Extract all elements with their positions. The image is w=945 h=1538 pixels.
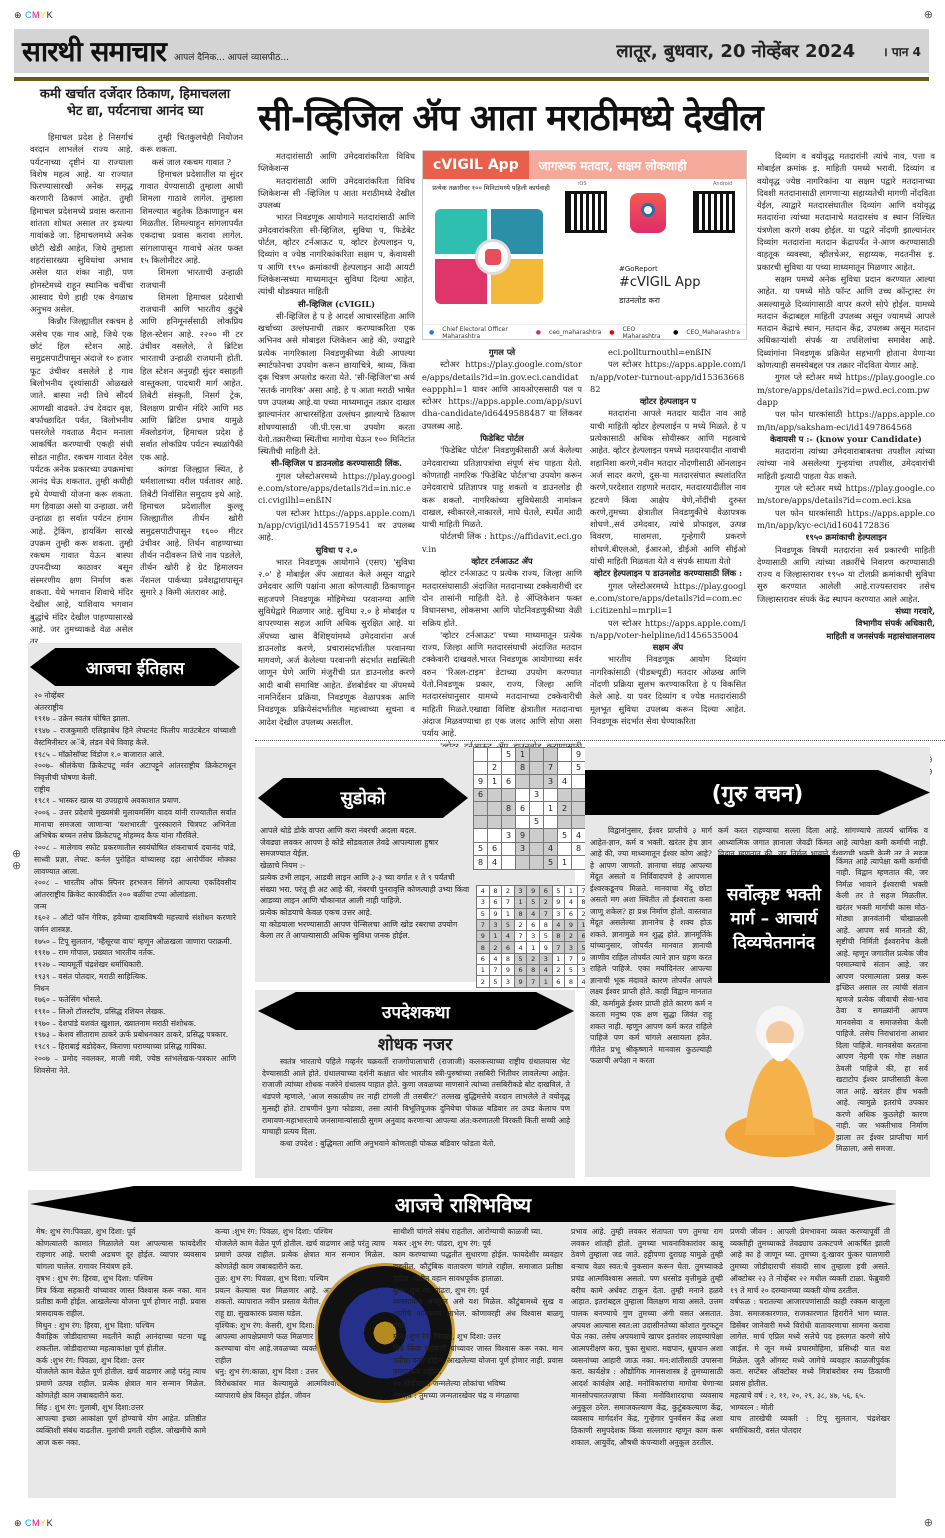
- link-text[interactable]: गुगल प्लेस्टोअरमध्ये https://play.google…: [258, 470, 415, 507]
- dateline: लातूर, बुधवार, 20 नोव्हेंबर 2024: [616, 39, 855, 63]
- sudoku-cell[interactable]: [530, 842, 544, 856]
- sudoku-cell[interactable]: [558, 815, 572, 829]
- sudoku-cell[interactable]: [516, 856, 530, 870]
- sudoku-cell: 1: [477, 965, 490, 976]
- guru-col1: विद्वानांनुसार, ईश्वर प्राप्तीचे ३ मार्ग…: [590, 825, 712, 1067]
- sudoku-cell[interactable]: 5: [530, 815, 544, 829]
- history-entry: १९१७ – उक्रेन स्वतंत्र घोषित झाला.: [34, 713, 236, 725]
- subheading: केवायसी प :- (know your Candidate): [757, 433, 935, 445]
- sudoku-cell[interactable]: [572, 788, 586, 802]
- sudoku-cell[interactable]: [530, 761, 544, 775]
- horoscope-text: वैवाहिक जोडीदाराच्या मदतीने काही आनंदाच्…: [36, 1331, 206, 1354]
- side-article-col2: तुम्ही चितकुलचेही नियोजन करू शकता. कसं ज…: [140, 131, 243, 598]
- sudoku-cell: 3: [552, 908, 565, 919]
- byline: माहिती व जनसंपर्क महासंचालनालय: [757, 630, 935, 642]
- sudoku-cell[interactable]: [474, 802, 488, 816]
- zodiac-sign-heading: मिथुन : शुभ रंग: हिरवा, शुभ दिशा: पश्चिम: [36, 1320, 206, 1332]
- sudoku-cell: 2: [502, 886, 515, 897]
- link-text[interactable]: पल फोन धारकांसाठी https://apps.apple.com…: [757, 408, 935, 433]
- sudoku-cell: 3: [527, 931, 540, 942]
- paragraph: हिमाचल प्रदेशातील या सुंदर गावात येण्यास…: [140, 168, 243, 266]
- sudoku-cell[interactable]: [558, 842, 572, 856]
- paragraph: 'फिडेबिट पोर्टल' निवडणुकीसाठी अर्ज केलेल…: [422, 444, 582, 530]
- youtube-icon: ●: [609, 329, 614, 336]
- sudoku-cell: 6: [514, 965, 527, 976]
- sudoku-cell[interactable]: 1: [488, 775, 502, 789]
- pull-quote: सर्वोत्कृष्ट भक्ती मार्ग – आचार्य दिव्यच…: [718, 855, 830, 983]
- sudoku-cell[interactable]: 4: [572, 829, 586, 843]
- sudoku-cell: 7: [489, 965, 502, 976]
- sudoku-instructions: आपले थोडे डोके वापरा आणि करा नंबरची अदला…: [260, 825, 470, 942]
- history-entry: २००८ – मालेगाव स्फोट प्रकरणातील स्वयंघोष…: [34, 842, 236, 877]
- sudoku-cell[interactable]: [474, 761, 488, 775]
- sudoku-cell: 6: [489, 897, 502, 908]
- instruction-line: आपले थोडे डोके वापरा आणि करा नंबरची अदला…: [260, 825, 470, 837]
- sudoku-cell[interactable]: [516, 775, 530, 789]
- sudoku-cell[interactable]: 3: [544, 775, 558, 789]
- sudoku-cell[interactable]: [530, 748, 544, 762]
- sudoku-cell: 8: [514, 908, 527, 919]
- horoscope-text: याच तारखेची व्यक्ती : टिपू सुलतान, चंद्र…: [730, 1413, 890, 1436]
- sudoku-cell[interactable]: [488, 788, 502, 802]
- app-logo-icon: [475, 239, 511, 275]
- subheading: १९५० क्रमांकाची हेल्पलाइन: [757, 531, 935, 543]
- main-article-col4: दिव्यांग व वयोवृद्ध मतदारांनी त्यांचे ना…: [757, 150, 935, 642]
- sudoku-cell[interactable]: [502, 856, 516, 870]
- history-entry: २००७ – प्रमोद नवलकर, माजी मंत्री, ज्येष्…: [34, 1053, 236, 1076]
- history-entry: जन्म: [34, 901, 236, 913]
- ios-label: iOS: [578, 181, 587, 187]
- social-handle: CEO_Maharashtra: [686, 329, 740, 336]
- sudoku-cell[interactable]: 1: [558, 856, 572, 870]
- upadesh-title: उपदेशकथा: [258, 992, 574, 1030]
- horoscope-text: मित्र किंवा सहकारी यांच्यावर जास्त विश्व…: [36, 1285, 206, 1320]
- cmyk-print-mark: ⊕ CMYK: [14, 1518, 53, 1529]
- sudoku-cell[interactable]: 9: [516, 829, 530, 843]
- sudoku-cell: 7: [527, 976, 540, 987]
- sudoku-cell[interactable]: [558, 761, 572, 775]
- ad-slogan: जागरूक मतदार, सक्षम लोकशाही: [529, 151, 746, 179]
- history-entry: १९४७ – राजकुमारी एलिझाबेथ हिने लेफ्टनंट …: [34, 725, 236, 748]
- sudoku-puzzle-grid[interactable]: 519228751916346386125939546563488451: [473, 747, 600, 870]
- story-text: स्वतंत्र भारताचे पहिले गव्हर्नर चक्रवर्त…: [262, 1056, 570, 1150]
- sudoku-cell[interactable]: 6: [516, 802, 530, 816]
- sudoku-cell: 6: [552, 976, 565, 987]
- horoscope-text: भाग्यरत्न : मोती: [730, 1402, 890, 1414]
- paragraph: भारत निवडणूक आयोगाने (एसए) 'सुविधा २.०' …: [258, 556, 415, 728]
- sudoku-cell: 7: [502, 897, 515, 908]
- paragraph: कर्म करत राहण्याचा सल्ला दिला आहे. सांगण…: [836, 855, 928, 1155]
- link-text[interactable]: पल स्टोअर https://apps.apple.com/in/app/…: [258, 507, 415, 544]
- sudoku-cell: 3: [514, 886, 527, 897]
- sudoku-cell: 2: [539, 897, 552, 908]
- subheading: सी-व्हिजिल (cVIGIL): [258, 298, 415, 310]
- story-moral: कथा उपदेश : बुद्धिमता आणि अनुभवाने कोणता…: [262, 1138, 570, 1150]
- sudoku-cell[interactable]: [572, 802, 586, 816]
- zodiac-sign-heading: मीन :शुभ रंग: पिवळा, शुभ दिशा: उत्तर: [393, 1331, 563, 1343]
- paragraph: सक्षम पमध्ये अनेक सुविधा प्रदान करण्यात …: [757, 273, 935, 371]
- horoscope-text: काम करण्याच्या पद्धतीत सुधारणा होईल. फाय…: [393, 1249, 563, 1284]
- sudoku-cell[interactable]: 3: [502, 829, 516, 843]
- history-entry: १९७३ – केशव सीताराम ठाकरे ऊर्फ प्रबोधनका…: [34, 1029, 236, 1041]
- sudoku-cell: 9: [514, 976, 527, 987]
- android-qr-code[interactable]: [693, 191, 735, 233]
- horoscope-text: वर्षफळ : घरातल्या आजारपणांसाठी काही रक्क…: [730, 1296, 890, 1390]
- paragraph: निवडणूक विषयी मतदारांना सर्व प्रकारची मा…: [757, 544, 935, 605]
- sudoku-cell: 3: [489, 919, 502, 930]
- sudoku-answer-grid: 4823965173671529485918473627352684919147…: [476, 885, 590, 988]
- sudoku-cell: 5: [477, 908, 490, 919]
- history-entry: २००६ – उत्तर प्रदेशचे मुख्यमंत्री मुलायम…: [34, 807, 236, 842]
- sudoku-cell: 5: [502, 919, 515, 930]
- sudoku-cell: 4: [502, 931, 515, 942]
- sudoku-cell[interactable]: [530, 802, 544, 816]
- sudoku-cell[interactable]: [488, 815, 502, 829]
- sudoku-cell[interactable]: 2: [558, 802, 572, 816]
- sudoku-cell[interactable]: 4: [488, 856, 502, 870]
- link-text[interactable]: पल स्टोअर https://apps.apple.com/in/app/…: [590, 358, 746, 395]
- sudoku-cell: 6: [539, 886, 552, 897]
- side-article-headline: कमी खर्चात दर्जेदार ठिकाण, हिमाचलला भेट …: [30, 86, 240, 120]
- paragraph: 'व्होटर टर्नआऊट' पच्या माध्यमातून प्रत्य…: [422, 629, 582, 740]
- sudoku-cell: 8: [565, 976, 578, 987]
- paragraph: दिव्यांग व वयोवृद्ध मतदारांनी त्यांचे ना…: [757, 150, 935, 273]
- sudoku-cell: 9: [477, 931, 490, 942]
- sudoku-cell: 4: [477, 886, 490, 897]
- subheading: गुगल प्ले: [422, 346, 582, 358]
- paragraph: तुम्ही चितकुलचेही नियोजन करू शकता.: [140, 131, 243, 156]
- sudoku-cell[interactable]: 5: [572, 761, 586, 775]
- subheading: सी-व्हिजिल प डाउनलोड करण्यासाठी लिंक.: [258, 457, 415, 469]
- paragraph: भारतीय निवडणूक आयोग दिव्यांग नागरिकांसाठ…: [590, 653, 746, 727]
- paragraph: स्वतंत्र भारताचे पहिले गव्हर्नर चक्रवर्त…: [262, 1056, 570, 1138]
- sudoku-cell[interactable]: 7: [544, 761, 558, 775]
- history-title: आजचा ईतिहास: [30, 648, 240, 686]
- subheading: कसं जाल रकचम गावात ?: [140, 156, 243, 168]
- sudoku-cell[interactable]: 1: [516, 748, 530, 762]
- cmyk-print-mark: ⊕ CMYK: [14, 10, 53, 21]
- sudoku-cell[interactable]: 8: [572, 842, 586, 856]
- link-text[interactable]: गुगल प्ले स्टोअर मध्ये https://play.goog…: [757, 371, 935, 408]
- subheading: फिडेबिट पोर्टल: [422, 432, 582, 444]
- sudoku-cell: 1: [552, 953, 565, 964]
- link-text[interactable]: पल फोन धारकांसाठी https://apps.apple.com…: [757, 507, 935, 532]
- sudoku-cell[interactable]: 5: [544, 856, 558, 870]
- registration-mark-icon: ⊕: [924, 8, 933, 21]
- zodiac-sign-heading: २० नोव्हेंबरला जन्मलेल्या लोकांचा भविष्य: [393, 1378, 563, 1390]
- sudoku-cell[interactable]: 2: [488, 761, 502, 775]
- zodiac-sign-heading: मेष: शुभ रंग:पिवळा, शुभ दिशा: पूर्व: [36, 1226, 206, 1238]
- horoscope-text: स्वभाव : तुमच्या जन्मतारखेवर चंद्र व मंग…: [393, 1390, 563, 1402]
- hashtag: #GoReport: [619, 265, 658, 273]
- history-entry: अंतरराष्ट्रीय: [34, 702, 236, 714]
- history-entry: १९८५ – मॉक्रोसॉफ्ट विंडोज १.० बाजारात आल…: [34, 749, 236, 761]
- instruction-line: प्रत्येक उभी लाइन, आडवी लाइन आणि ३-३ च्य…: [260, 872, 470, 907]
- sudoku-cell: 1: [489, 931, 502, 942]
- main-article-col2: गुगल प्लेस्टोअर https://play.google.com/…: [422, 346, 582, 776]
- sudoku-cell[interactable]: [488, 748, 502, 762]
- sudoku-cell: 8: [552, 931, 565, 942]
- sudoku-cell: 5: [527, 897, 540, 908]
- main-article-headline: सी-व्हिजिल ॲप आता मराठीमध्ये देखील: [258, 92, 938, 141]
- sudoku-cell: 8: [489, 886, 502, 897]
- sudoku-cell[interactable]: 5: [558, 829, 572, 843]
- history-entry: १९७० – देशपांडे यशवंत खुशाल, ख्यातनाम मर…: [34, 1018, 236, 1030]
- sudoku-cell[interactable]: 8: [474, 856, 488, 870]
- sudoku-cell[interactable]: [572, 775, 586, 789]
- sudoku-cell[interactable]: [488, 829, 502, 843]
- horoscope-col3: साथीशी चांगले संबंध राहतील. आरोग्याची का…: [393, 1226, 563, 1402]
- sudoku-cell[interactable]: [558, 748, 572, 762]
- paragraph: कर्म करत राहण्याचा सल्ला दिला आहे. सांगण…: [718, 825, 928, 855]
- sudoku-cell: 7: [539, 908, 552, 919]
- history-entry: १९१७ – राम गोपाल, प्रख्यात भारतीय नर्तक.: [34, 947, 236, 959]
- sudoku-cell[interactable]: 8: [502, 802, 516, 816]
- paragraph: प्रभाव आहे. तुम्ही लवकर संतापता पण तुमचा…: [571, 1226, 723, 1448]
- horoscope-text: आपल्या इच्छा आकांक्षा पूर्ण होण्याचे योग…: [36, 1413, 206, 1448]
- paragraph: विद्वानांनुसार, ईश्वर प्राप्तीचे ३ मार्ग…: [590, 825, 712, 1067]
- x-icon: ●: [673, 329, 678, 336]
- sudoku-cell[interactable]: [488, 802, 502, 816]
- social-handle: Chief Electoral Officer Maharashtra: [442, 326, 528, 340]
- zodiac-sign-heading: कर्क :शुभ रंग: पिवळा, शुभ दिशा: उत्तर: [36, 1355, 206, 1367]
- instruction-line: जेवढ्या लवकर आपण हे कोडे सोडवताल तेवढे आ…: [260, 837, 470, 860]
- link-text[interactable]: eci.pollturnouthl=enßIN: [590, 346, 746, 358]
- sudoku-cell: 7: [565, 953, 578, 964]
- sudoku-cell[interactable]: [516, 815, 530, 829]
- sudoku-cell: 8: [477, 942, 490, 953]
- sudoku-cell[interactable]: [502, 842, 516, 856]
- history-entry: निधन: [34, 983, 236, 995]
- paragraph: मतदारांसाठी आणि उमेदवारांकरिता विविध प्ल…: [258, 150, 415, 175]
- sudoku-cell: 7: [552, 942, 565, 953]
- byline: संध्या गरवारे,: [757, 605, 935, 617]
- paragraph: व्होटर टर्नआऊट प प्रत्येक राज्य, जिल्हा …: [422, 567, 582, 628]
- sudoku-cell: 9: [527, 886, 540, 897]
- sudoku-cell: 6: [565, 908, 578, 919]
- byline: विभागीय संपर्क अधिकारी,: [757, 617, 935, 629]
- history-entry: १९२७ – न्यायमूर्ती चंद्रशेखर धर्माधिकारी…: [34, 959, 236, 971]
- sudoku-cell[interactable]: 5: [502, 748, 516, 762]
- story-title: शोधक नजर: [255, 1032, 575, 1055]
- horoscope-text: कोणत्यातरी कामात मिळालेले यश आपल्यास फाय…: [36, 1238, 206, 1273]
- sudoku-cell: 1: [539, 976, 552, 987]
- sudoku-cell[interactable]: 3: [530, 788, 544, 802]
- sudoku-cell[interactable]: [502, 815, 516, 829]
- horoscope-text: योजलेले काम वेळेत पूर्ण होतील. खर्च वाढण…: [36, 1366, 206, 1401]
- sudoku-cell: 9: [489, 908, 502, 919]
- link-text[interactable]: पल स्टोअर https://apps.apple.com/in/app/…: [590, 617, 746, 642]
- sudoku-cell: 3: [477, 897, 490, 908]
- link-text[interactable]: गुगल प्ले स्टोअर मध्ये https://play.goog…: [757, 482, 935, 507]
- sudoku-cell: 9: [539, 942, 552, 953]
- paragraph: हिमाचल प्रदेश हे निसर्गाचं वरदान लाभलेलं…: [30, 131, 133, 315]
- instruction-line: प्रत्येक कोडयाचे केवळ एकच उत्तर आहे.: [260, 907, 470, 919]
- sudoku-cell: 1: [514, 897, 527, 908]
- android-label: Android: [713, 181, 732, 187]
- ad-title: cVIGIL App: [423, 157, 529, 173]
- sudoku-cell: 4: [489, 953, 502, 964]
- sudoku-cell: 4: [514, 942, 527, 953]
- sudoku-cell[interactable]: 9: [474, 775, 488, 789]
- instruction-line: या कोडयाला भरण्यासाठी आपण पेन्सिलचा आणि …: [260, 919, 470, 942]
- sudoku-cell[interactable]: [544, 788, 558, 802]
- paragraph: कांगडा जिल्ह्यात स्थित, हे धर्मशालाच्या …: [140, 463, 243, 598]
- sudoku-cell: 2: [552, 965, 565, 976]
- horoscope-text: प्रणयी जीवन : आपली प्रेमभावना व्यक्त करण…: [730, 1226, 890, 1296]
- main-article-col3: eci.pollturnouthl=enßINपल स्टोअर https:/…: [590, 346, 746, 727]
- sudoku-cell: 5: [539, 931, 552, 942]
- section-divider: [255, 740, 945, 741]
- sudoku-cell[interactable]: [544, 829, 558, 843]
- cvigil-advertisement: cVIGIL Appजागरूक मतदार, सक्षम लोकशाही प्…: [422, 150, 747, 340]
- sudoku-cell: 9: [552, 897, 565, 908]
- facebook-icon: ●: [429, 329, 434, 336]
- paragraph: मतदारांना आपले मतदार यादीत नाव आहे याची …: [590, 407, 746, 567]
- sudoku-cell[interactable]: [544, 815, 558, 829]
- social-links: ●Chief Electoral Officer Maharashtra ●ce…: [423, 324, 746, 340]
- sudoku-cell: 8: [502, 953, 515, 964]
- sudoku-cell: 8: [527, 965, 540, 976]
- sudoku-cell[interactable]: [572, 856, 586, 870]
- sudoku-cell[interactable]: 6: [474, 788, 488, 802]
- sudoku-cell: 1: [502, 908, 515, 919]
- sudoku-cell: 1: [527, 942, 540, 953]
- subheading: शिमला भारताची उन्हाळी राजधानी: [140, 266, 243, 291]
- sudoku-cell[interactable]: [474, 829, 488, 843]
- history-entry: १७६० – फतेसिंग भोसले.: [34, 994, 236, 1006]
- sudoku-cell[interactable]: 9: [572, 748, 586, 762]
- sudoku-cell[interactable]: 6: [502, 775, 516, 789]
- sudoku-cell: 4: [527, 908, 540, 919]
- sudoku-cell: 5: [552, 886, 565, 897]
- subheading: व्होटर टर्नआऊट ॲप: [422, 555, 582, 567]
- link-text[interactable]: पोर्टलची लिंक : https://affidavit.eci.go…: [422, 530, 582, 555]
- subheading: व्होटर हेल्पलाइन प: [590, 395, 746, 407]
- sudoku-cell[interactable]: 4: [544, 842, 558, 856]
- sudoku-cell: 1: [565, 886, 578, 897]
- zodiac-sign-heading: मकर :शुभ रंग: पांढरा, शुभ रंग: पूर्व: [393, 1238, 563, 1250]
- sudoku-cell[interactable]: 8: [516, 761, 530, 775]
- history-entry: १६०२ – ऑटो फॉन गेरिक, हवेच्या दाबाविषयी …: [34, 912, 236, 935]
- sudoku-cell[interactable]: 3: [516, 842, 530, 856]
- history-entry: १९३९ – वसंत पोतदार, मराठी साहित्यिक.: [34, 971, 236, 983]
- link-text[interactable]: गुगल प्लेस्टोअरमध्ये https://play.google…: [590, 580, 746, 617]
- guru-col2-top: कर्म करत राहण्याचा सल्ला दिला आहे. सांगण…: [718, 825, 928, 855]
- instagram-icon: ●: [536, 329, 541, 336]
- page-number: । पान 4: [883, 43, 921, 60]
- sudoku-cell[interactable]: 1: [544, 802, 558, 816]
- tagline: आपलं दैनिक... आपलं व्यासपीठ...: [174, 50, 289, 63]
- history-entry: १९८१ – भास्कर खास्र या उपग्रहाचे अवकाशात…: [34, 795, 236, 807]
- sudoku-cell[interactable]: [544, 748, 558, 762]
- paragraph: शिमला हिमाचल प्रदेशाची राजधानी आणि भारती…: [140, 291, 243, 463]
- subheading: व्होटर हेल्पलाइन प डाउनलोड करण्यासाठी लि…: [590, 567, 746, 579]
- sudoku-cell[interactable]: [502, 788, 516, 802]
- sudoku-cell: 6: [477, 953, 490, 964]
- zodiac-sign-heading: कन्या :शुभ रंग: पिवळा, शुभ दिशा: पश्चिम: [215, 1226, 385, 1238]
- sudoku-cell: 2: [565, 931, 578, 942]
- history-entry: राष्ट्रीय: [34, 784, 236, 796]
- sudoku-cell[interactable]: 4: [558, 775, 572, 789]
- cvigil-app-icon: [630, 193, 666, 233]
- sudoku-cell: 3: [502, 976, 515, 987]
- sudoku-cell: 6: [527, 919, 540, 930]
- sudoku-cell[interactable]: [558, 788, 572, 802]
- sudoku-cell: 2: [477, 976, 490, 987]
- sudoku-cell: 9: [565, 919, 578, 930]
- paragraph: भारत निवडणूक आयोगाने मतदारांसाठी आणि उमे…: [258, 211, 415, 297]
- sudoku-cell: 2: [527, 953, 540, 964]
- paragraph: किन्नौर जिल्ह्यातील रकचम हे असेच एक गाव …: [30, 315, 133, 647]
- zodiac-sign-heading: वृषभ : शुभ रंग: हिरवा, शुभ दिशा: पश्चिम: [36, 1273, 206, 1285]
- sudoku-cell: 5: [514, 953, 527, 964]
- masthead: सारथी समाचार आपलं दैनिक... आपलं व्यासपीठ…: [14, 29, 929, 73]
- registration-mark-icon: ⊕⊕: [12, 848, 21, 872]
- hashtag: #cVIGIL App: [619, 275, 700, 290]
- ios-qr-code[interactable]: [565, 191, 607, 233]
- sudoku-cell[interactable]: [474, 748, 488, 762]
- horoscope-text: मित्र किंवा सहकारी यांच्यावर जास्त विश्व…: [393, 1343, 563, 1378]
- sudoku-cell: 7: [514, 931, 527, 942]
- paragraph: मतदारांना त्यांच्या उमेदवाराबाबतचा तपशील…: [757, 445, 935, 482]
- history-entry: २० नोव्हेंबर: [34, 690, 236, 702]
- sudoku-cell: 6: [502, 942, 515, 953]
- side-article-col1: हिमाचल प्रदेश हे निसर्गाचं वरदान लाभलेलं…: [30, 131, 133, 647]
- sudoku-cell: 4: [539, 965, 552, 976]
- sudoku-cell[interactable]: [502, 761, 516, 775]
- download-cta: डाउनलोड करा: [619, 295, 660, 306]
- sudoku-title: सुडोको: [258, 778, 468, 818]
- horoscope-text: व्यवसायात अनकुल असे यश मिळेल. कौटुंबामध्…: [393, 1296, 563, 1331]
- main-article-col1: मतदारांसाठी आणि उमेदवारांकरिता विविध प्ल…: [258, 150, 415, 728]
- horoscope-col4: प्रभाव आहे. तुम्ही लवकर संतापता पण तुमचा…: [571, 1226, 723, 1448]
- sudoku-cell: 5: [565, 965, 578, 976]
- sudoku-cell[interactable]: [572, 815, 586, 829]
- social-handle: CEO Maharashtra: [623, 326, 666, 340]
- link-text[interactable]: स्टोअर https://play.google.com/store/app…: [422, 358, 582, 432]
- sudoku-cell[interactable]: [516, 788, 530, 802]
- history-list: २० नोव्हेंबरअंतरराष्ट्रीय१९१७ – उक्रेन स…: [34, 690, 236, 1076]
- history-entry: २००७– श्रीलंकेचा क्रिकेटपटू मर्वन अटापट्…: [34, 760, 236, 783]
- horoscope-text: साथीशी चांगले संबंध राहतील. आरोग्याची का…: [393, 1226, 563, 1238]
- social-handle: ceo_maharashtra: [549, 329, 601, 336]
- sudoku-cell[interactable]: [530, 829, 544, 843]
- history-entry: १९१० – लिओ टॉलस्टॉय, प्रसिद्ध रशियन लेखक…: [34, 1006, 236, 1018]
- masthead-rule: [14, 77, 929, 81]
- sudoku-cell[interactable]: 5: [474, 842, 488, 856]
- sudoku-cell[interactable]: [530, 856, 544, 870]
- sudoku-cell: 7: [477, 919, 490, 930]
- sudoku-cell[interactable]: [474, 815, 488, 829]
- history-entry: २००८ – भारतीय ऑफ स्पिनर हरभजन सिंगने आपल…: [34, 877, 236, 900]
- sudoku-cell: 2: [514, 919, 527, 930]
- subheading: सुविधा प २.०: [258, 544, 415, 556]
- sudoku-cell: 3: [565, 942, 578, 953]
- sudoku-cell[interactable]: 6: [488, 842, 502, 856]
- horoscope-title: आजचे राशिभविष्य: [30, 1186, 896, 1222]
- horoscope-text: महत्वाचे वर्ष : २, ११, २०, २९, ३८, ४७, ५…: [730, 1390, 890, 1402]
- newspaper-logo: सारथी समाचार: [22, 32, 166, 70]
- paragraph: सी-व्हिजिल हे प हे आदर्श आचारसंहिता आणि …: [258, 310, 415, 458]
- sudoku-cell: 5: [489, 976, 502, 987]
- history-entry: १९८९ – हिराबाई बडोदेकर, किराणा घराण्याच्…: [34, 1041, 236, 1053]
- horoscope-col1: मेष: शुभ रंग:पिवळा, शुभ दिशा: पूर्वकोणत्…: [36, 1226, 206, 1448]
- guru-vachan-title: (गुरु वचन): [585, 770, 930, 815]
- sudoku-cell[interactable]: [530, 775, 544, 789]
- instruction-line: खेळाचे नियम :-: [260, 860, 470, 872]
- sudoku-cell: 4: [552, 919, 565, 930]
